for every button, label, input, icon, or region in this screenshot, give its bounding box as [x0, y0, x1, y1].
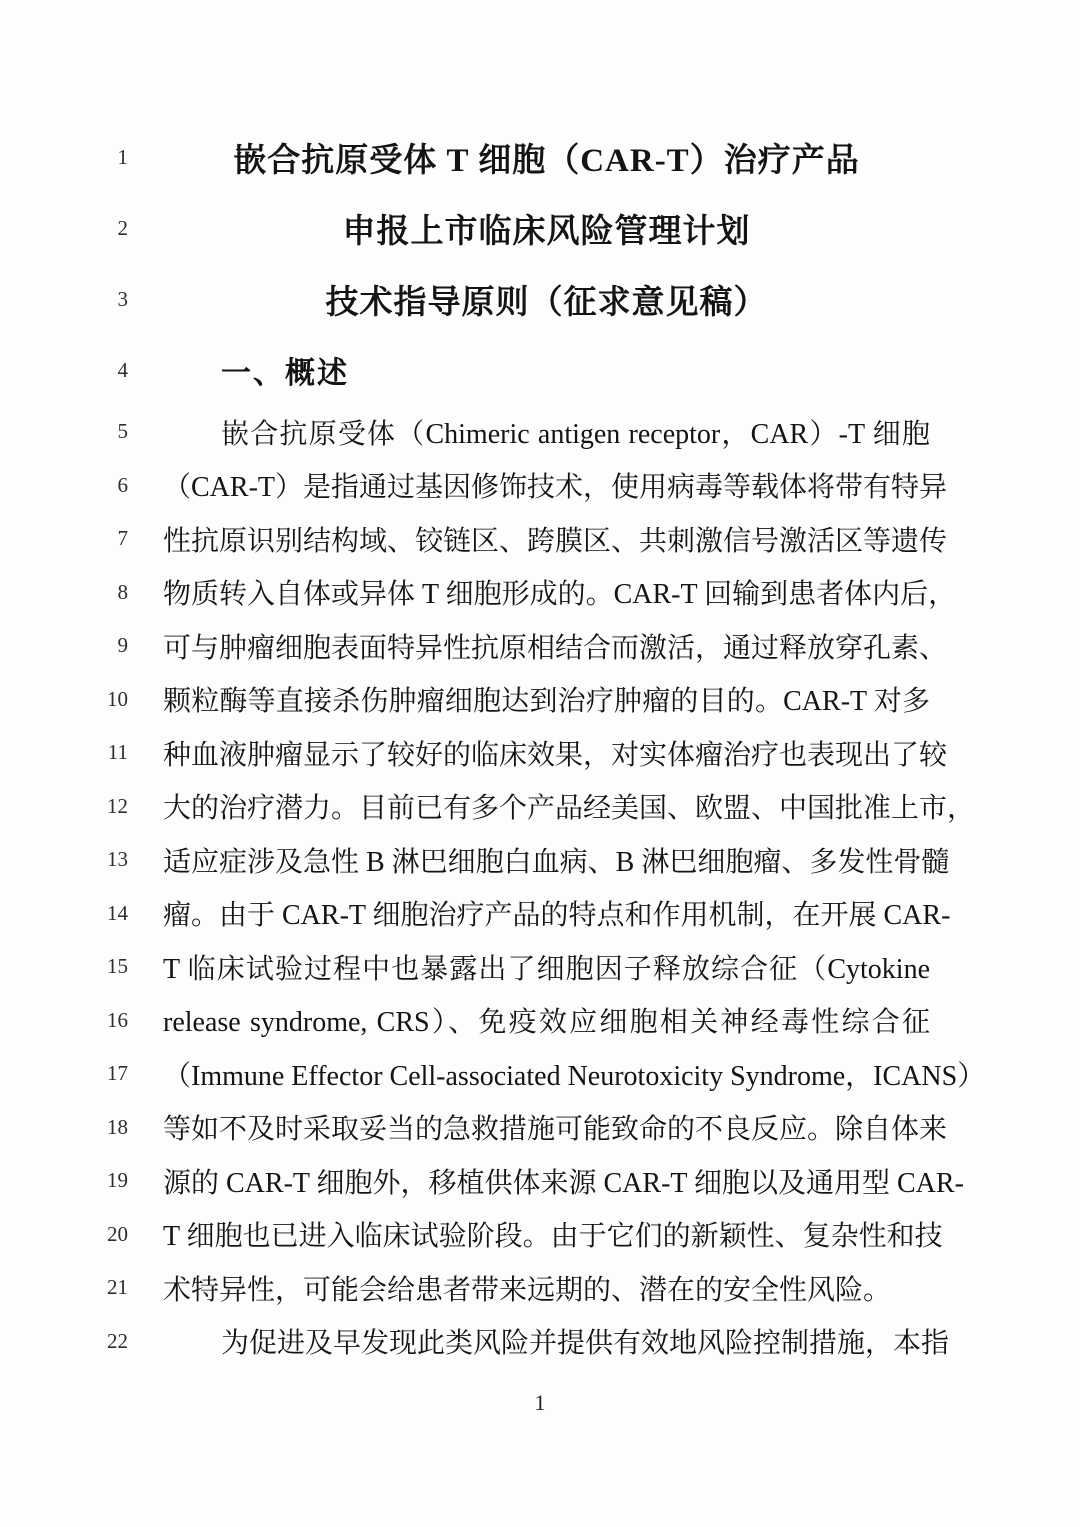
line-number: 16 — [0, 1008, 128, 1033]
line-text: （CAR-T）是指通过基因修饰技术，使用病毒等载体将带有特异 — [163, 465, 930, 505]
line-number: 15 — [0, 954, 128, 979]
line-number: 8 — [0, 580, 128, 605]
document-line: 5 嵌合抗原受体（Chimeric antigen receptor，CAR）-… — [0, 405, 1080, 459]
document-line: 8 物质转入自体或异体 T 细胞形成的。CAR-T 回输到患者体内后， — [0, 566, 1080, 620]
document-line: 2 申报上市临床风险管理计划 — [0, 193, 1080, 264]
document-line: 4 一、概述 — [0, 335, 1080, 405]
line-text: 源的 CAR-T 细胞外，移植供体来源 CAR-T 细胞以及通用型 CAR- — [163, 1161, 930, 1201]
line-number: 6 — [0, 473, 128, 498]
document-line: 9 可与肿瘤细胞表面特异性抗原相结合而激活，通过释放穿孔素、 — [0, 619, 1080, 673]
line-text: 大的治疗潜力。目前已有多个产品经美国、欧盟、中国批准上市， — [163, 786, 930, 826]
line-text: 瘤。由于 CAR-T 细胞治疗产品的特点和作用机制，在开展 CAR- — [163, 893, 930, 933]
document-line: 6 （CAR-T）是指通过基因修饰技术，使用病毒等载体将带有特异 — [0, 459, 1080, 513]
line-number: 19 — [0, 1168, 128, 1193]
line-text: 术特异性，可能会给患者带来远期的、潜在的安全性风险。 — [163, 1268, 930, 1308]
document-line: 20 T 细胞也已进入临床试验阶段。由于它们的新颖性、复杂性和技 — [0, 1208, 1080, 1262]
line-number: 5 — [0, 419, 128, 444]
line-number: 10 — [0, 687, 128, 712]
document-line: 15 T 临床试验过程中也暴露出了细胞因子释放综合征（Cytokine — [0, 940, 1080, 994]
document-line: 17 （Immune Effector Cell-associated Neur… — [0, 1047, 1080, 1101]
line-text: 等如不及时采取妥当的急救措施可能致命的不良反应。除自体来 — [163, 1107, 930, 1147]
document-page: 1 嵌合抗原受体 T 细胞（CAR-T）治疗产品 2 申报上市临床风险管理计划 … — [0, 0, 1080, 1527]
line-text: T 临床试验过程中也暴露出了细胞因子释放综合征（Cytokine — [163, 947, 930, 987]
line-number: 20 — [0, 1222, 128, 1247]
line-number: 21 — [0, 1275, 128, 1300]
line-text: （Immune Effector Cell-associated Neuroto… — [163, 1054, 930, 1094]
document-line: 7 性抗原识别结构域、铰链区、跨膜区、共刺激信号激活区等遗传 — [0, 512, 1080, 566]
line-text: 为促进及早发现此类风险并提供有效地风险控制措施，本指 — [163, 1321, 930, 1361]
line-text: T 细胞也已进入临床试验阶段。由于它们的新颖性、复杂性和技 — [163, 1214, 930, 1254]
line-number: 18 — [0, 1115, 128, 1140]
line-text: 可与肿瘤细胞表面特异性抗原相结合而激活，通过释放穿孔素、 — [163, 626, 930, 666]
line-text: 适应症涉及急性 B 淋巴细胞白血病、B 淋巴细胞瘤、多发性骨髓 — [163, 840, 930, 880]
document-line: 3 技术指导原则（征求意见稿） — [0, 264, 1080, 335]
document-line: 18 等如不及时采取妥当的急救措施可能致命的不良反应。除自体来 — [0, 1101, 1080, 1155]
document-line: 13 适应症涉及急性 B 淋巴细胞白血病、B 淋巴细胞瘤、多发性骨髓 — [0, 833, 1080, 887]
line-text: 颗粒酶等直接杀伤肿瘤细胞达到治疗肿瘤的目的。CAR-T 对多 — [163, 679, 930, 719]
document-line: 11 种血液肿瘤显示了较好的临床效果，对实体瘤治疗也表现出了较 — [0, 726, 1080, 780]
line-number: 13 — [0, 847, 128, 872]
line-number: 17 — [0, 1061, 128, 1086]
page-number: 1 — [0, 1390, 1080, 1416]
line-number: 22 — [0, 1329, 128, 1354]
document-line: 1 嵌合抗原受体 T 细胞（CAR-T）治疗产品 — [0, 122, 1080, 193]
line-text: release syndrome, CRS）、免疫效应细胞相关神经毒性综合征 — [163, 1000, 930, 1040]
document-line: 10 颗粒酶等直接杀伤肿瘤细胞达到治疗肿瘤的目的。CAR-T 对多 — [0, 673, 1080, 727]
line-number: 2 — [0, 216, 128, 241]
line-number: 9 — [0, 633, 128, 658]
line-text: 种血液肿瘤显示了较好的临床效果，对实体瘤治疗也表现出了较 — [163, 733, 930, 773]
title-line-3: 技术指导原则（征求意见稿） — [163, 276, 930, 323]
line-text: 物质转入自体或异体 T 细胞形成的。CAR-T 回输到患者体内后， — [163, 572, 930, 612]
document-line: 12 大的治疗潜力。目前已有多个产品经美国、欧盟、中国批准上市， — [0, 780, 1080, 834]
line-number: 11 — [0, 740, 128, 765]
line-text: 嵌合抗原受体（Chimeric antigen receptor，CAR）-T … — [163, 412, 930, 452]
title-line-1: 嵌合抗原受体 T 细胞（CAR-T）治疗产品 — [163, 134, 930, 181]
line-number: 1 — [0, 145, 128, 170]
document-line: 16 release syndrome, CRS）、免疫效应细胞相关神经毒性综合… — [0, 994, 1080, 1048]
document-line: 19 源的 CAR-T 细胞外，移植供体来源 CAR-T 细胞以及通用型 CAR… — [0, 1154, 1080, 1208]
line-number: 12 — [0, 794, 128, 819]
document-line: 21 术特异性，可能会给患者带来远期的、潜在的安全性风险。 — [0, 1261, 1080, 1315]
line-number: 14 — [0, 901, 128, 926]
section-heading: 一、概述 — [163, 348, 930, 392]
title-line-2: 申报上市临床风险管理计划 — [163, 205, 930, 252]
document-line: 22 为促进及早发现此类风险并提供有效地风险控制措施，本指 — [0, 1315, 1080, 1369]
line-number: 7 — [0, 526, 128, 551]
line-number: 4 — [0, 358, 128, 383]
line-text: 性抗原识别结构域、铰链区、跨膜区、共刺激信号激活区等遗传 — [163, 519, 930, 559]
line-number: 3 — [0, 287, 128, 312]
document-line: 14 瘤。由于 CAR-T 细胞治疗产品的特点和作用机制，在开展 CAR- — [0, 887, 1080, 941]
